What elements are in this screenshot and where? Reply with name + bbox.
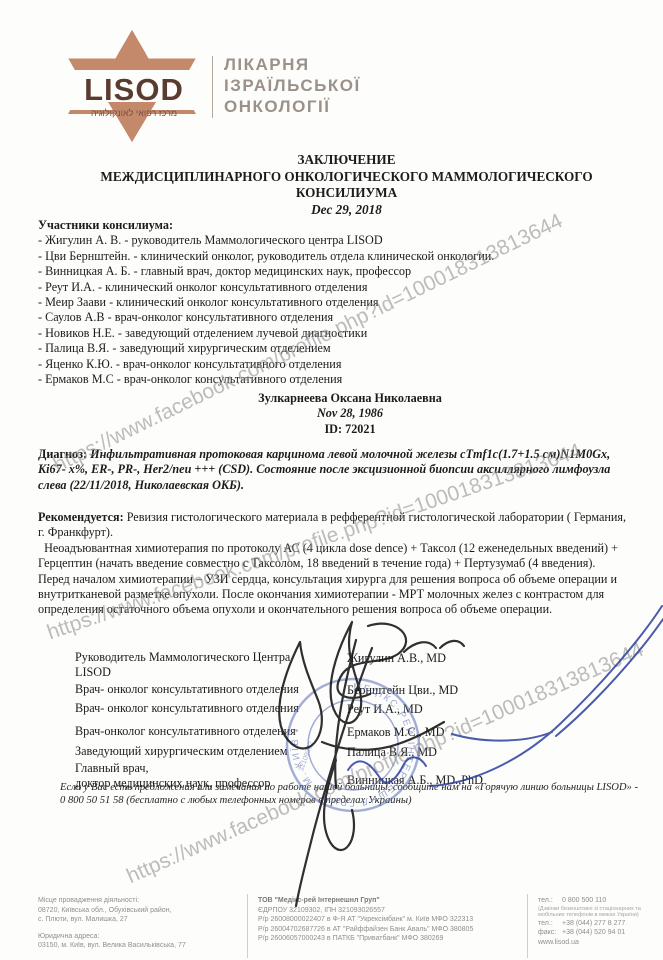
signature-row: Врач- онколог консультативного отделения…: [75, 701, 635, 717]
signature-role: Врач-онколог консультативного отделения: [75, 724, 347, 739]
signature-row: Врач-онколог консультативного отделения …: [75, 724, 635, 740]
signature-role: Руководитель Маммологического Центра LIS…: [75, 650, 347, 680]
footer-fax-value: +38 (044) 520 94 01: [562, 928, 625, 938]
logo-divider: [212, 56, 213, 118]
logo-tagline-line1: ЛІКАРНЯ: [224, 54, 361, 75]
footer-company-column: ТОВ "Медікс-рей Інтернешнл Груп" ЄДРПОУ …: [258, 896, 516, 944]
title-line-2: МЕЖДИСЦИПЛИНАРНОГО ОНКОЛОГИЧЕСКОГО МАММО…: [38, 169, 655, 186]
signature-role: Заведующий хирургическим отделением: [75, 744, 347, 759]
signature-role: Врач- онколог консультативного отделения: [75, 682, 347, 697]
footer-company-line: Р/р 26008000022407 в Ф-Я АТ "Укрексімбан…: [258, 915, 516, 925]
footer-fax: факс: +38 (044) 520 94 01: [538, 928, 658, 938]
logo-tagline: ЛІКАРНЯ ІЗРАЇЛЬСЬКОЇ ОНКОЛОГІЇ: [224, 54, 361, 117]
footer-tel-value: +38 (044) 277 8 277: [562, 919, 625, 929]
logo-hebrew-text: מרכז רפואי לאונקולוגיה: [66, 108, 202, 118]
participants-list: - Жигулин А. В. - руководитель Маммологи…: [38, 233, 628, 387]
signature-name: Бернштейн Цви., MD: [347, 682, 458, 698]
patient-id-value: 72021: [345, 422, 375, 436]
participant-item: - Цви Бернштейн. - клинический онколог, …: [38, 249, 628, 264]
signature-role-line: Главный врач,: [75, 761, 347, 776]
signature-role-line: LISOD: [75, 665, 347, 680]
footer-address-column: Місце провадження діяльності: 08720, Киї…: [38, 896, 233, 951]
footer-company-line: Р/р 26006057000243 в ПАТКБ "Приватбанк" …: [258, 934, 516, 944]
footer-company-line: ЄДРПОУ 32109302, ІПН 321093026557: [258, 906, 516, 916]
footer-phone-hotline: тел.: 0 800 500 110: [538, 896, 658, 906]
patient-id-label: ID:: [324, 422, 342, 436]
footer-legal-line: 03150, м. Київ, вул. Велика Васильківськ…: [38, 941, 233, 951]
footer-tel-label: тел.:: [538, 919, 562, 929]
logo-tagline-line2: ІЗРАЇЛЬСЬКОЇ: [224, 75, 361, 96]
footer-tel-value: 0 800 500 110: [562, 896, 606, 906]
participant-item: - Ермаков М.С - врач-онколог консультати…: [38, 372, 628, 387]
patient-name: Зулкарнеева Оксана Николаевна: [55, 391, 645, 406]
footer-contacts-column: тел.: 0 800 500 110 (Дзвінки безкоштовні…: [538, 896, 658, 947]
footer-legal-title: Юридична адреса:: [38, 932, 233, 942]
footer-activity-line: с. Плюти, вул. Малишка, 27: [38, 915, 233, 925]
footer-fax-label: факс:: [538, 928, 562, 938]
document-title: ЗАКЛЮЧЕНИЕ МЕЖДИСЦИПЛИНАРНОГО ОНКОЛОГИЧЕ…: [38, 152, 655, 218]
participant-item: - Реут И.А. - клинический онколог консул…: [38, 280, 628, 295]
recommendations-label: Рекомендуется:: [38, 510, 124, 524]
participant-item: - Винницкая А. Б. - главный врач, доктор…: [38, 264, 628, 279]
signature-row: Заведующий хирургическим отделением Пали…: [75, 744, 635, 760]
footer-activity-line: 08720, Київська обл., Обухівський район,: [38, 906, 233, 916]
footer-phone: тел.: +38 (044) 277 8 277: [538, 919, 658, 929]
footer: Місце провадження діяльності: 08720, Киї…: [0, 890, 663, 960]
logo-wordmark: LISOD: [66, 72, 202, 108]
footer-website: www.lisod.ua: [538, 938, 658, 948]
title-line-3: КОНСИЛИУМА: [38, 185, 655, 202]
footer-company-line: Р/р 26004702687726 в АТ "Райффайзен Банк…: [258, 925, 516, 935]
signature-name: Жигулин А.В., MD: [347, 650, 446, 666]
logo-tagline-line3: ОНКОЛОГІЇ: [224, 96, 361, 117]
participant-item: - Яценко К.Ю. - врач-онколог консультати…: [38, 357, 628, 372]
footer-activity-title: Місце провадження діяльності:: [38, 896, 233, 906]
signature-name: Реут И.А., MD: [347, 701, 423, 717]
title-line-1: ЗАКЛЮЧЕНИЕ: [38, 152, 655, 169]
signature-role-line: Руководитель Маммологического Центра: [75, 650, 347, 665]
signature-role: Врач- онколог консультативного отделения: [75, 701, 347, 716]
footer-divider: [527, 894, 528, 958]
consilium-date: Dec 29, 2018: [38, 202, 655, 219]
header-logo: LISOD מרכז רפואי לאונקולוגיה ЛІКАРНЯ ІЗР…: [64, 28, 424, 146]
participant-item: - Меир Заави - клинический онколог консу…: [38, 295, 628, 310]
scanned-document-page: LISOD מרכז רפואי לאונקולוגיה ЛІКАРНЯ ІЗР…: [0, 0, 663, 960]
footer-tel-label: тел.:: [538, 896, 562, 906]
footer-divider: [247, 894, 248, 958]
footer-company-name: ТОВ "Медікс-рей Інтернешнл Груп": [258, 896, 516, 906]
footer-phone-note: (Дзвінки безкоштовні зі стаціонарних та …: [538, 906, 648, 919]
